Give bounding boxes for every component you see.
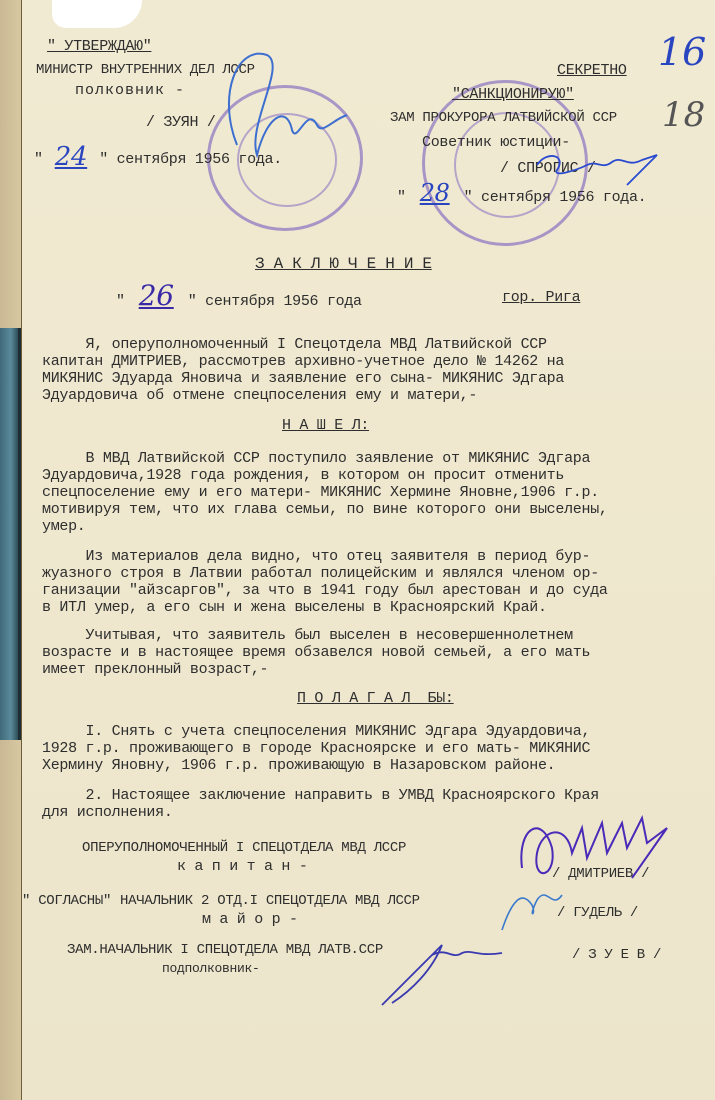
text-line: возрасте и в настоящее время обзавелся н… bbox=[42, 644, 590, 661]
text-line: Эдуардовича,1928 года рождения, в которо… bbox=[42, 467, 608, 484]
page-number-handwritten: 16 bbox=[658, 30, 706, 74]
text-line: МИКЯНИС Эдуарда Яновича и заявление его … bbox=[42, 370, 564, 387]
prosecutor-title: ЗАМ ПРОКУРОРА ЛАТВИЙСКОЙ ССР bbox=[390, 110, 617, 127]
text-line: 1928 г.р. проживающего в городе Краснояр… bbox=[42, 740, 590, 757]
text-line: Из материалов дела видно, что отец заяви… bbox=[42, 548, 608, 565]
found-heading: Н А Ш Е Л: bbox=[282, 417, 369, 434]
text-line: жуазного строя в Латвии работал полицейс… bbox=[42, 565, 608, 582]
signer-1-rank: к а п и т а н - bbox=[177, 858, 308, 875]
found-paragraph-1: В МВД Латвийской ССР поступило заявление… bbox=[42, 450, 608, 535]
decision-item-1: I. Снять с учета спецпоселения МИКЯНИС Э… bbox=[42, 723, 590, 774]
text-line: I. Снять с учета спецпоселения МИКЯНИС Э… bbox=[42, 723, 590, 740]
approval-day-handwritten: 24 bbox=[43, 142, 99, 172]
approval-label: " УТВЕРЖДАЮ" bbox=[47, 38, 151, 55]
text-line: имеет преклонный возраст,- bbox=[42, 661, 590, 678]
minister-rank: полковник - bbox=[75, 82, 185, 99]
signature-zuyan-icon bbox=[197, 35, 367, 165]
signer-2-title: НАЧАЛЬНИК 2 ОТД.I СПЕЦОТДЕЛА МВД ЛССР bbox=[120, 893, 420, 910]
signature-gudel-icon bbox=[492, 870, 572, 940]
blue-folder-tab bbox=[0, 328, 21, 740]
document-day-handwritten: 26 bbox=[125, 279, 188, 312]
decision-heading: П О Л А Г А Л БЫ: bbox=[297, 690, 454, 707]
torn-corner bbox=[52, 0, 142, 28]
found-paragraph-2: Из материалов дела видно, что отец заяви… bbox=[42, 548, 608, 616]
document-page: " УТВЕРЖДАЮ" МИНИСТР ВНУТРЕННИХ ДЕЛ ЛССР… bbox=[22, 0, 715, 1100]
text-line: умер. bbox=[42, 518, 608, 535]
text-line: 2. Настоящее заключение направить в УМВД… bbox=[42, 787, 599, 804]
found-paragraph-3: Учитывая, что заявитель был выселен в не… bbox=[42, 627, 590, 678]
text-line: спецпоселение ему и его матери- МИКЯНИС … bbox=[42, 484, 608, 501]
signer-2-rank: м а й о р - bbox=[202, 911, 298, 928]
signer-3-rank: подполковник- bbox=[162, 960, 260, 977]
intro-paragraph: Я, оперуполномоченный I Спецотдела МВД Л… bbox=[42, 336, 564, 404]
signature-zuev-icon bbox=[372, 935, 522, 1010]
signer-1-title: ОПЕРУПОЛНОМОЧЕННЫЙ I СПЕЦОТДЕЛА МВД ЛССР bbox=[82, 840, 406, 857]
text-line: Я, оперуполномоченный I Спецотдела МВД Л… bbox=[42, 336, 564, 353]
text-line: ганизации "айзсаргов", за что в 1941 год… bbox=[42, 582, 608, 599]
sanction-day-handwritten: 28 bbox=[406, 179, 464, 207]
sanction-label: "САНКЦИОНИРУЮ" bbox=[452, 86, 574, 103]
document-place: гор. Рига bbox=[502, 289, 580, 306]
signature-sprogis-icon bbox=[527, 140, 677, 190]
signer-2-prefix: " СОГЛАСНЫ" bbox=[22, 893, 111, 910]
signer-3-title: ЗАМ.НАЧАЛЬНИК I СПЕЦОТДЕЛА МВД ЛАТВ.ССР bbox=[67, 942, 383, 959]
document-title: З А К Л Ю Ч Е Н И Е bbox=[255, 256, 432, 273]
document-date: "26" сентября 1956 года bbox=[116, 287, 362, 310]
text-line: капитан ДМИТРИЕВ, рассмотрев архивно-уче… bbox=[42, 353, 564, 370]
secret-label: СЕКРЕТНО bbox=[557, 62, 627, 79]
text-line: Учитывая, что заявитель был выселен в не… bbox=[42, 627, 590, 644]
text-line: Эдуардовича об отмене спецпоселения ему … bbox=[42, 387, 564, 404]
text-line: Хермину Яновну, 1906 г.р. проживающую в … bbox=[42, 757, 590, 774]
text-line: в ИТЛ умер, а его сын и жена выселены в … bbox=[42, 599, 608, 616]
text-line: В МВД Латвийской ССР поступило заявление… bbox=[42, 450, 608, 467]
text-line: мотивируя тем, что их глава семьи, по ви… bbox=[42, 501, 608, 518]
signer-3-name: / З У Е В / bbox=[572, 947, 661, 964]
page-number-alt-handwritten: 18 bbox=[662, 95, 705, 135]
